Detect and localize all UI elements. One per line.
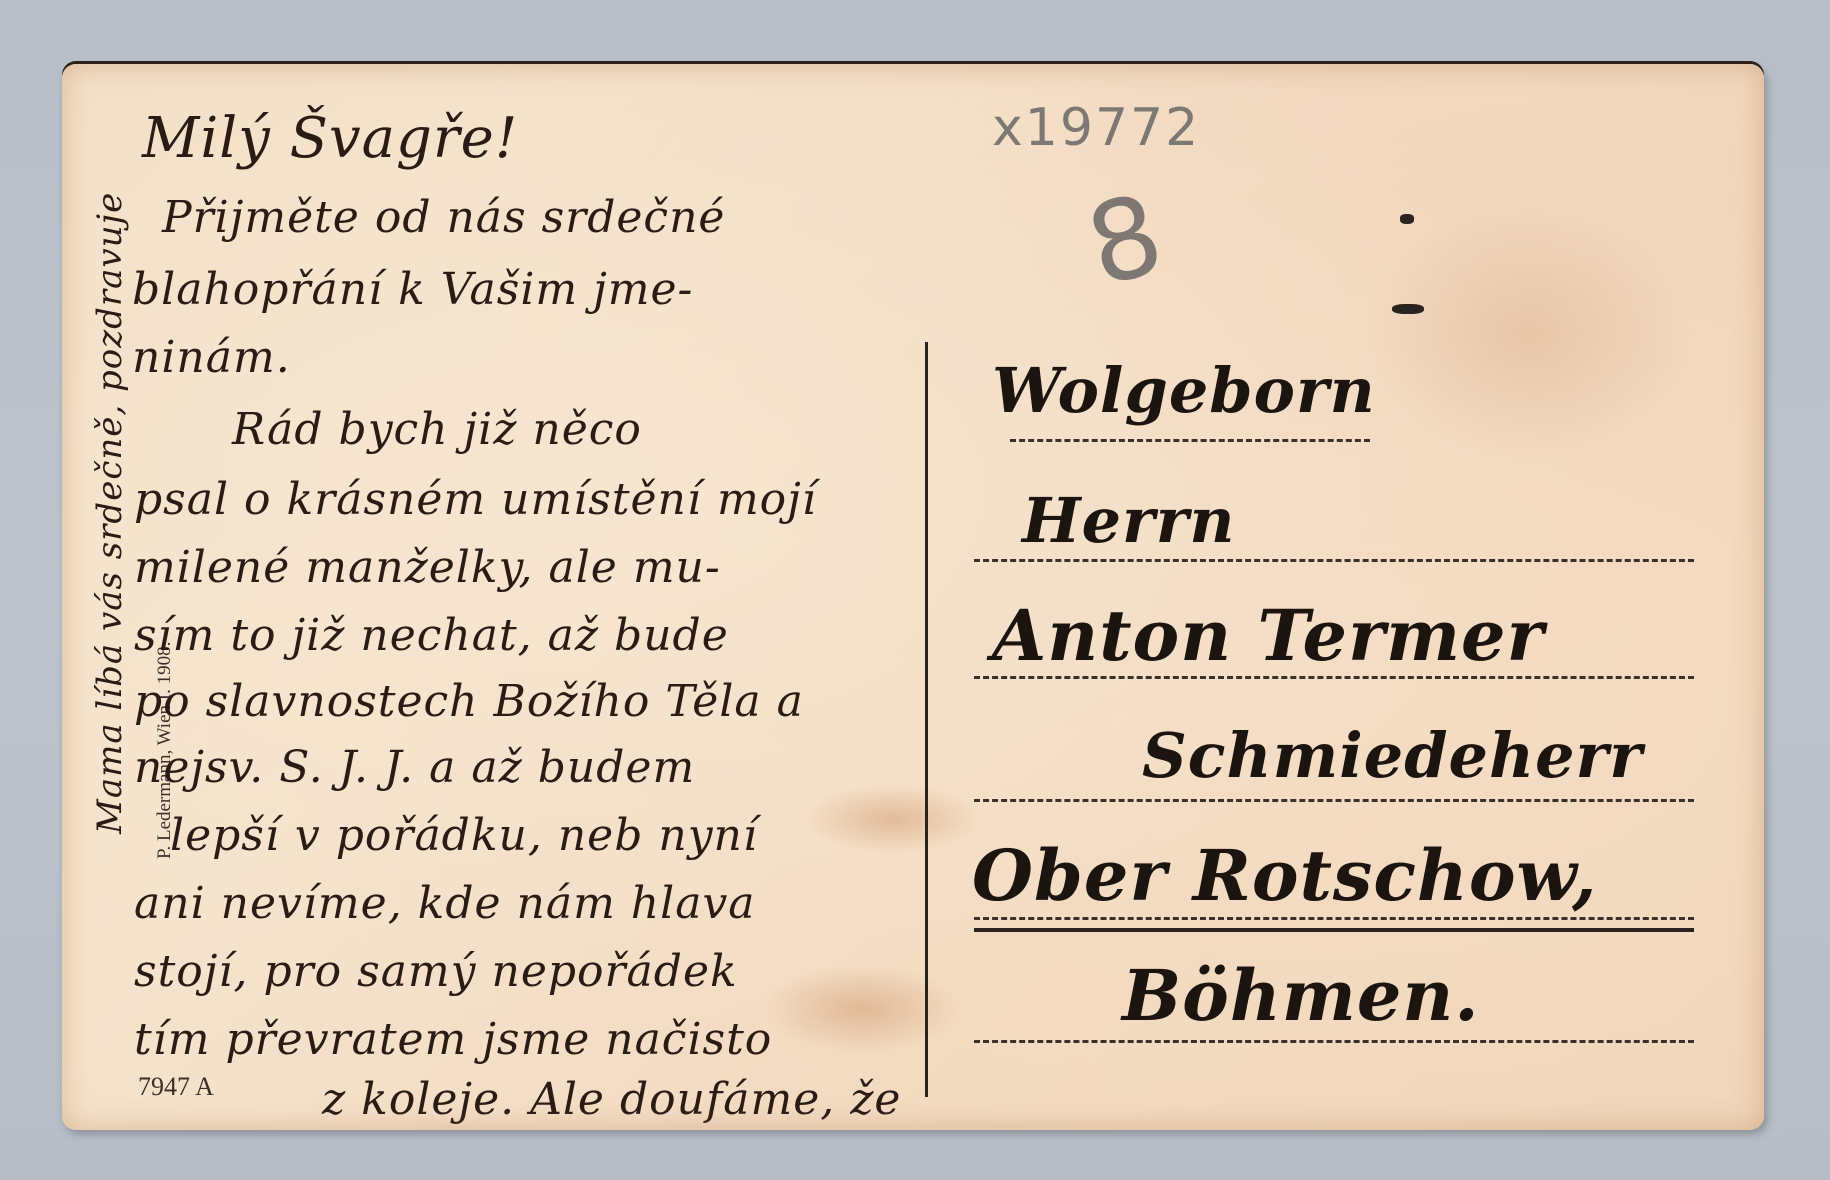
pencil-inventory-number: x19772 — [992, 98, 1200, 158]
address-line: Herrn — [1022, 484, 1235, 557]
message-line: blahopřání k Vašim jme- — [132, 264, 693, 315]
stain — [1362, 204, 1692, 464]
address-line: Böhmen. — [1122, 954, 1480, 1037]
message-line: Přijměte od nás srdečné — [162, 192, 725, 243]
address-line: Ober Rotschow, — [972, 834, 1597, 917]
message-greeting: Milý Švagře! — [142, 106, 518, 171]
margin-note: Mama líbá vás srdečně, pozdravuje — [90, 192, 130, 834]
center-divider — [925, 342, 928, 1097]
message-line: ninám. — [132, 332, 291, 383]
message-line: Rád bych již něco — [232, 404, 642, 455]
message-line: lepší v pořádku, neb nyní — [170, 810, 758, 861]
address-line: Schmiedeherr — [1142, 719, 1643, 792]
message-line: ani nevíme, kde nám hlava — [134, 878, 756, 929]
message-line: tím převratem jsme načisto — [134, 1014, 772, 1065]
address-line: Anton Termer — [992, 594, 1544, 677]
message-line: sím to již nechat, až bude — [134, 610, 729, 661]
address-rule — [974, 1040, 1694, 1043]
address-rule-solid — [974, 928, 1694, 932]
message-line: po slavnostech Božího Těla a — [134, 676, 804, 727]
ink-blot — [1392, 304, 1424, 314]
card-number: 7947 A — [138, 1072, 214, 1102]
address-rule — [974, 917, 1694, 920]
message-line: stojí, pro samý nepořádek — [134, 946, 738, 997]
stain — [762, 964, 962, 1054]
postcard-back: x19772 8 Mama líbá vás srdečně, pozdravu… — [62, 64, 1764, 1130]
stain — [802, 784, 982, 854]
message-line: z koleje. Ale doufáme, že — [322, 1074, 901, 1125]
message-line: nejsv. S. J. J. a až budem — [134, 742, 695, 793]
address-rule — [974, 559, 1694, 562]
address-rule — [974, 799, 1694, 802]
ink-blot — [1400, 214, 1414, 224]
message-line: psal o krásném umístění mojí — [134, 474, 817, 525]
address-rule — [1010, 439, 1370, 442]
pencil-symbol: 8 — [1075, 169, 1178, 311]
address-line: Wolgeborn — [992, 354, 1376, 427]
message-line: milené manželky, ale mu- — [134, 542, 721, 593]
